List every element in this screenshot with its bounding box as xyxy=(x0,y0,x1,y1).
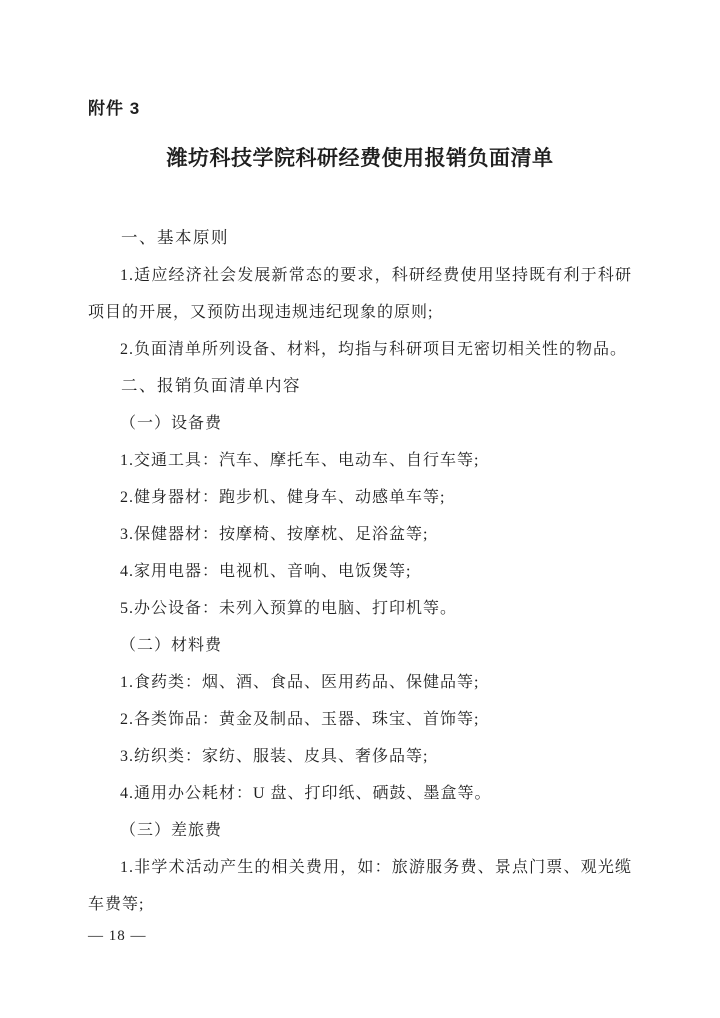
list-item-food-medicine: 1.食药类：烟、酒、食品、医用药品、保健品等; xyxy=(88,664,632,701)
document-title: 潍坊科技学院科研经费使用报销负面清单 xyxy=(88,144,632,174)
list-item-office-equipment: 5.办公设备：未列入预算的电脑、打印机等。 xyxy=(88,590,632,627)
paragraph-principle-2: 2.负面清单所列设备、材料，均指与科研项目无密切相关性的物品。 xyxy=(88,331,632,368)
paragraph-principle-1: 1.适应经济社会发展新常态的要求，科研经费使用坚持既有利于科研项目的开展，又预防… xyxy=(88,257,632,331)
list-item-home-appliances: 4.家用电器：电视机、音响、电饭煲等; xyxy=(88,553,632,590)
section-heading-negative-list-content: 二、报销负面清单内容 xyxy=(88,368,632,405)
subsection-heading-equipment-fee: （一）设备费 xyxy=(88,405,632,442)
section-heading-basic-principles: 一、基本原则 xyxy=(88,220,632,257)
attachment-label: 附件 3 xyxy=(88,98,632,120)
list-item-fitness: 2.健身器材：跑步机、健身车、动感单车等; xyxy=(88,479,632,516)
subsection-heading-material-fee: （二）材料费 xyxy=(88,627,632,664)
page-number: — 18 — xyxy=(88,921,632,951)
list-item-office-consumables: 4.通用办公耗材：U 盘、打印纸、硒鼓、墨盒等。 xyxy=(88,775,632,812)
subsection-heading-travel-fee: （三）差旅费 xyxy=(88,812,632,849)
document-page: 附件 3 潍坊科技学院科研经费使用报销负面清单 一、基本原则 1.适应经济社会发… xyxy=(0,0,720,1018)
list-item-non-academic-expenses: 1.非学术活动产生的相关费用，如：旅游服务费、景点门票、观光缆车费等; xyxy=(88,849,632,923)
list-item-healthcare-devices: 3.保健器材：按摩椅、按摩枕、足浴盆等; xyxy=(88,516,632,553)
list-item-jewelry: 2.各类饰品：黄金及制品、玉器、珠宝、首饰等; xyxy=(88,701,632,738)
list-item-textiles: 3.纺织类：家纺、服装、皮具、奢侈品等; xyxy=(88,738,632,775)
list-item-transport: 1.交通工具：汽车、摩托车、电动车、自行车等; xyxy=(88,442,632,479)
document-body: 一、基本原则 1.适应经济社会发展新常态的要求，科研经费使用坚持既有利于科研项目… xyxy=(88,220,632,923)
